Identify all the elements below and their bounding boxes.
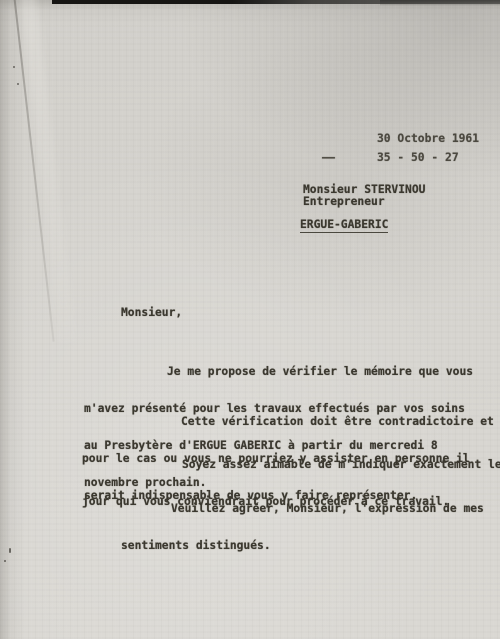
body-line: Veuillez agréer, Monsieur, l'expression … xyxy=(121,503,484,515)
ink-speck xyxy=(9,548,11,553)
ink-speck xyxy=(17,83,19,85)
body-line: Soyez assez aimable de m'indiquer exacte… xyxy=(82,459,500,471)
scan-top-right-shade xyxy=(380,0,500,6)
recipient-city: ERGUE-GABERIC xyxy=(300,219,388,231)
closing-paragraph: Veuillez agréer, Monsieur, l'expression … xyxy=(121,479,484,577)
letter-date: 30 Octobre 1961 xyxy=(377,133,479,145)
ink-speck xyxy=(13,66,15,68)
recipient-title: Entrepreneur xyxy=(303,196,385,208)
body-line: Cette vérification doit être contradicto… xyxy=(82,416,494,428)
body-line: Je me propose de vérifier le mémoire que… xyxy=(84,366,473,378)
scanned-letter: 30 Octobre 1961 — 35 - 50 - 27 Monsieur … xyxy=(0,0,500,639)
letter-reference: 35 - 50 - 27 xyxy=(377,152,459,164)
reference-dash-icon: — xyxy=(322,152,329,164)
body-line: sentiments distingués. xyxy=(121,540,484,552)
salutation: Monsieur, xyxy=(121,307,182,319)
ink-speck xyxy=(4,560,6,562)
